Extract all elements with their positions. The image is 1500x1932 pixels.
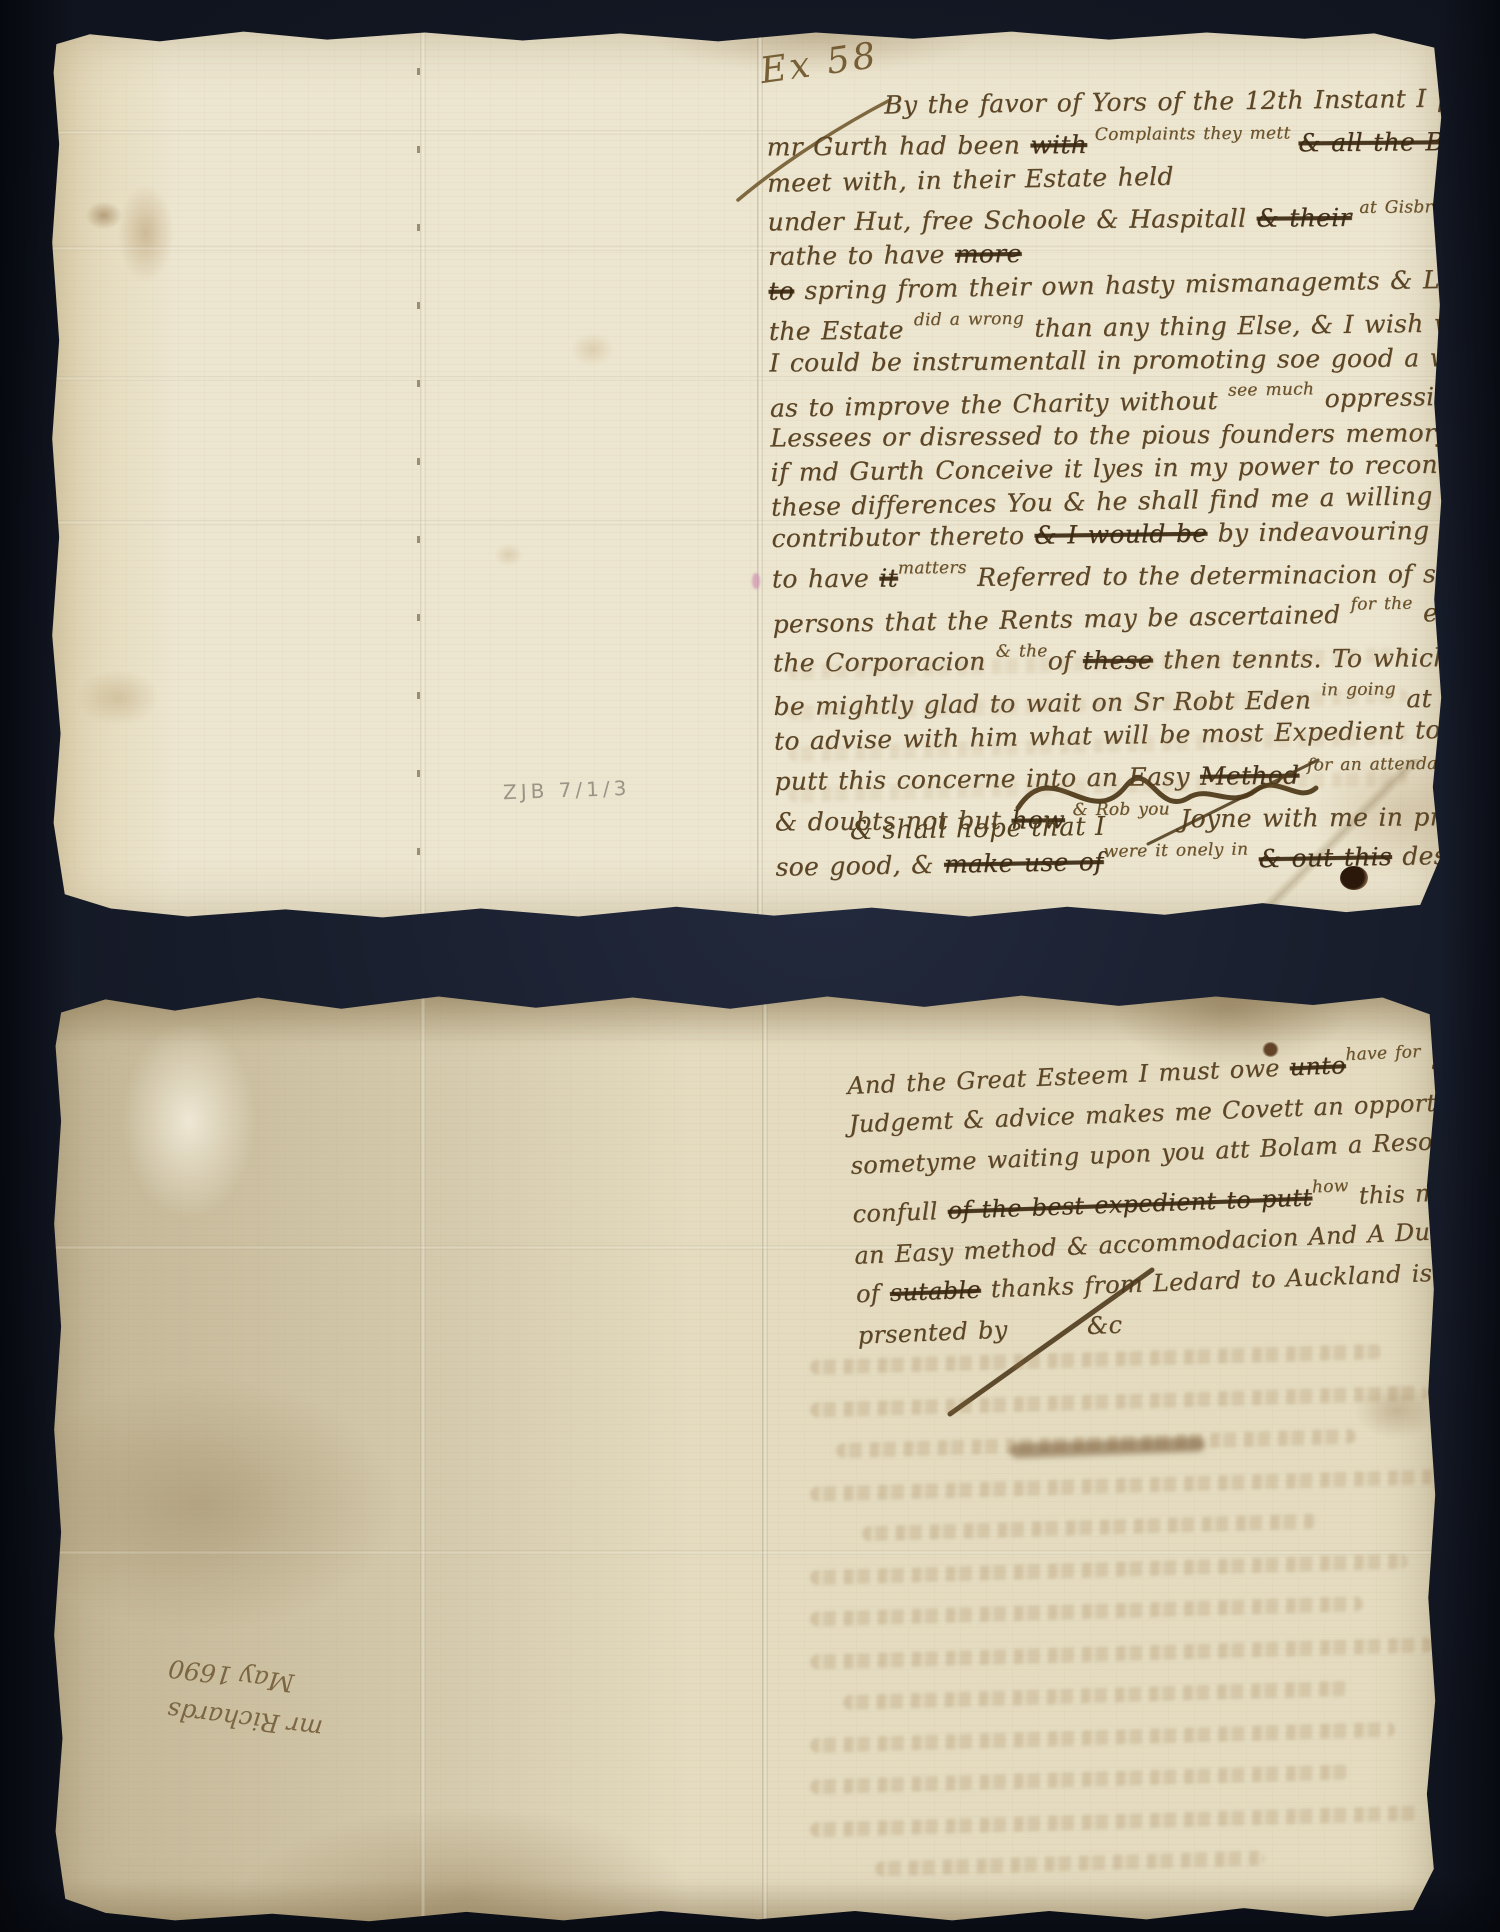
showthrough-row	[810, 1722, 1395, 1753]
text-segment: Lessees or disressed to the pious founde…	[770, 418, 1500, 453]
text-segment: with	[1030, 130, 1087, 159]
text-segment: S Robts	[1420, 1043, 1500, 1075]
text-segment: Complaints they mett	[1087, 123, 1298, 145]
text-segment: meet with, in their Estate held	[767, 162, 1174, 198]
text-segment: more	[955, 239, 1022, 269]
stitch-holes	[417, 68, 420, 881]
text-segment: by indeavouring	[1207, 516, 1429, 548]
manuscript-line: By the favor of Yors of the 12th Instant…	[884, 82, 1446, 122]
showthrough-row	[842, 1681, 1349, 1710]
text-segment: to have	[772, 564, 880, 594]
showthrough-row	[788, 729, 1408, 761]
text-segment: rathe to have	[768, 240, 955, 271]
text-segment: & all the Boland denyall he made	[1298, 125, 1500, 157]
text-segment: at Bolam	[1396, 683, 1500, 714]
showthrough-row	[810, 1637, 1434, 1669]
fold-crease-vertical	[762, 990, 768, 1925]
showthrough-row	[862, 1514, 1317, 1542]
text-segment: which seeme	[1433, 201, 1500, 231]
text-segment: & their	[1256, 203, 1351, 233]
ink-showthrough-page2	[810, 1352, 1460, 1898]
text-segment: By the favor of Yors of the 12th Instant…	[884, 82, 1500, 119]
photo-board: Ex 58 By the favor of Yors of the 12th I…	[0, 0, 1500, 1932]
showthrough-row	[875, 1851, 1265, 1877]
manuscript-line: under Hut, free Schoole & Haspitall & th…	[767, 191, 1447, 238]
pencil-archival-note: ZJB 7/1/3	[503, 776, 631, 804]
text-segment: have for	[1345, 1042, 1421, 1065]
showthrough-row	[810, 1805, 1421, 1837]
showthrough-row	[810, 1596, 1363, 1626]
ink-blot	[1340, 866, 1368, 890]
text-segment: under Hut, free Schoole & Haspitall	[767, 204, 1256, 237]
text-segment: contributor thereto	[771, 521, 1034, 553]
manuscript-page-2: And the Great Esteem I must owe untohave…	[50, 990, 1438, 1925]
showthrough-row	[788, 688, 1408, 720]
fold-crease-vertical	[420, 28, 426, 921]
text-segment: see much	[1228, 379, 1315, 401]
text-segment: this matter	[1348, 1176, 1500, 1210]
manuscript-page-1: Ex 58 By the favor of Yors of the 12th I…	[48, 28, 1444, 921]
text-segment: to	[768, 276, 794, 305]
text-segment: unto	[1289, 1051, 1346, 1081]
showthrough-row	[810, 1554, 1408, 1586]
text-segment: it	[879, 563, 898, 592]
folio-mark: Ex 58	[758, 38, 881, 90]
showthrough-row	[788, 770, 1408, 802]
text-segment: soe good, &	[775, 850, 944, 882]
text-segment: than any thing Else, & I wish with all m…	[1024, 306, 1500, 343]
fold-crease-vertical	[420, 990, 426, 1925]
text-segment: did a wrong	[914, 309, 1024, 330]
ink-blot	[1262, 1042, 1279, 1057]
manuscript-line: Lessees or disressed to the pious founde…	[770, 416, 1450, 454]
text-segment: confull	[852, 1197, 948, 1228]
text-segment: matters	[898, 558, 967, 579]
text-segment: of the best expedient to putt	[947, 1183, 1313, 1224]
text-segment: mr Gurth had been	[767, 130, 1031, 161]
showthrough-row	[810, 1469, 1441, 1502]
showthrough-row	[810, 1385, 1428, 1417]
text-segment: how	[1312, 1176, 1349, 1197]
text-segment: for the	[1350, 594, 1412, 615]
text-segment: oppression to the	[1314, 380, 1500, 413]
text-segment: at Gisbr	[1352, 197, 1433, 218]
text-segment: the Estate	[769, 315, 914, 346]
pink-mark	[752, 573, 760, 589]
text-segment: of	[855, 1279, 890, 1308]
text-segment: designed by	[1392, 839, 1500, 871]
ink-showthrough-page1	[788, 656, 1408, 820]
text-segment: as to improve the Charity without	[770, 386, 1229, 423]
showthrough-row	[810, 1764, 1350, 1794]
text-segment: & I would be	[1034, 519, 1207, 550]
text-segment: ease of	[1413, 597, 1500, 628]
endorsement-note: mr RichardsMay 1690	[62, 1634, 330, 1749]
